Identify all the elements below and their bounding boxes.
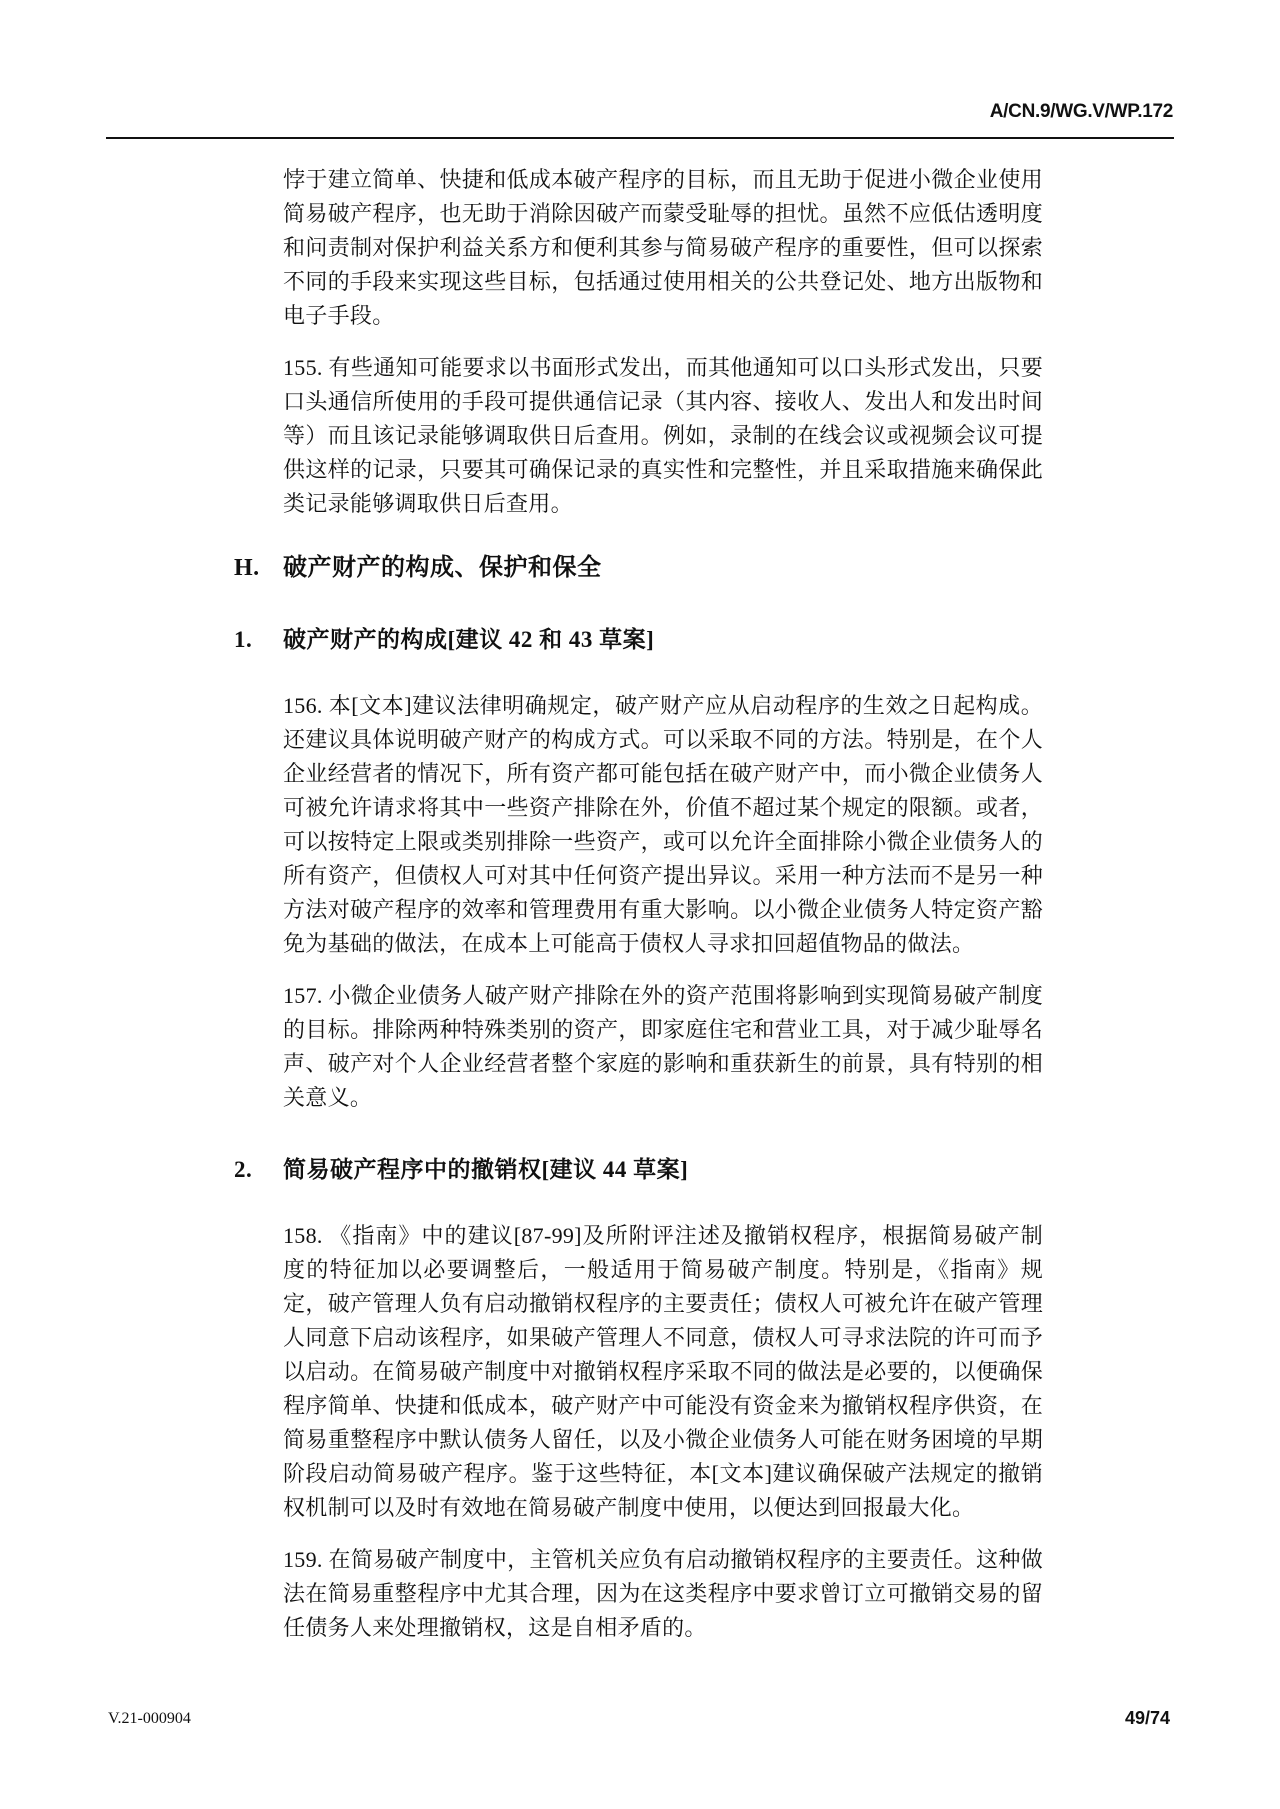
subsection-1-title: 破产财产的构成[建议 42 和 43 草案] <box>283 623 654 657</box>
header-rule <box>106 137 1174 139</box>
section-h-number: H. <box>234 551 283 585</box>
paragraph-157: 157. 小微企业债务人破产财产排除在外的资产范围将影响到实现简易破产制度的目标… <box>283 979 1043 1115</box>
paragraph-156: 156. 本[文本]建议法律明确规定，破产财产应从启动程序的生效之日起构成。还建… <box>283 689 1043 961</box>
subsection-1-number: 1. <box>234 623 283 657</box>
subsection-2-title: 简易破产程序中的撤销权[建议 44 草案] <box>283 1153 688 1187</box>
subsection-heading-1: 1. 破产财产的构成[建议 42 和 43 草案] <box>234 623 1043 657</box>
document-symbol: A/CN.9/WG.V/WP.172 <box>990 101 1173 123</box>
footer-document-number: V.21-000904 <box>108 1710 191 1728</box>
footer-page-number: 49/74 <box>1125 1708 1170 1729</box>
document-body: 悖于建立简单、快捷和低成本破产程序的目标，而且无助于促进小微企业使用简易破产程序… <box>283 163 1043 1663</box>
document-page: A/CN.9/WG.V/WP.172 悖于建立简单、快捷和低成本破产程序的目标，… <box>0 0 1280 1809</box>
paragraph-158: 158. 《指南》中的建议[87-99]及所附评注述及撤销权程序，根据简易破产制… <box>283 1219 1043 1525</box>
section-heading-h: H. 破产财产的构成、保护和保全 <box>234 551 1043 585</box>
subsection-2-number: 2. <box>234 1153 283 1187</box>
paragraph-continuation: 悖于建立简单、快捷和低成本破产程序的目标，而且无助于促进小微企业使用简易破产程序… <box>283 163 1043 333</box>
paragraph-159: 159. 在简易破产制度中，主管机关应负有启动撤销权程序的主要责任。这种做法在简… <box>283 1543 1043 1645</box>
section-h-title: 破产财产的构成、保护和保全 <box>283 551 602 585</box>
subsection-heading-2: 2. 简易破产程序中的撤销权[建议 44 草案] <box>234 1153 1043 1187</box>
paragraph-155: 155. 有些通知可能要求以书面形式发出，而其他通知可以口头形式发出，只要口头通… <box>283 351 1043 521</box>
